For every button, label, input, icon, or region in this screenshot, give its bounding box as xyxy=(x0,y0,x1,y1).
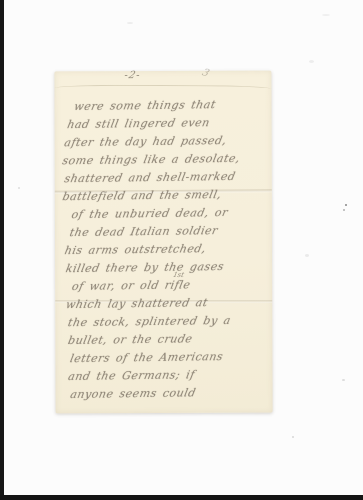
scan-speck xyxy=(342,379,345,381)
scan-border-left xyxy=(0,0,4,500)
scan-border-bottom xyxy=(0,495,363,500)
handwriting-line: had still lingered even xyxy=(66,116,211,131)
handwriting-line: his arms outstretched, xyxy=(64,242,208,257)
scan-speck xyxy=(343,209,345,211)
page-number: -2- xyxy=(123,70,142,81)
scan-speck xyxy=(292,436,294,438)
handwriting-line: letters of the Americans xyxy=(69,350,225,365)
inserted-superscript: 1st xyxy=(172,271,185,279)
scan-speck xyxy=(309,60,314,63)
scan-speck xyxy=(345,204,347,206)
scan-speck xyxy=(322,14,330,16)
handwriting-line: the dead Italian soldier xyxy=(69,224,220,239)
handwriting-line: anyone seems could xyxy=(69,386,197,401)
fold-crease-top xyxy=(54,85,271,93)
handwriting-line: which lay shattered at xyxy=(65,296,209,311)
handwriting-line: were some things that xyxy=(73,98,217,113)
handwriting-line: battlefield and the smell, xyxy=(61,188,222,203)
scan-speck xyxy=(18,187,20,189)
scanned-letter-page: -2- 3 were some things that had still li… xyxy=(0,0,363,500)
letter-paper: -2- 3 were some things that had still li… xyxy=(54,71,272,414)
handwriting-line: and the Germans; if xyxy=(67,368,196,383)
handwriting-line: after the day had passed, xyxy=(63,134,228,149)
handwriting-line: of the unburied dead, or xyxy=(70,206,229,221)
scan-speck xyxy=(127,22,133,24)
handwriting-line: of war, or old rifle xyxy=(71,278,192,293)
handwriting-line: some things like a desolate, xyxy=(61,152,241,167)
handwriting-line: the stock, splintered by a xyxy=(67,314,232,329)
corner-mark: 3 xyxy=(200,67,211,79)
handwriting-line: bullet, or the crude xyxy=(67,332,194,347)
handwriting-line: shattered and shell-marked xyxy=(63,170,237,185)
handwriting-line: killed there by the gases xyxy=(65,260,226,275)
scan-speck xyxy=(305,254,309,257)
